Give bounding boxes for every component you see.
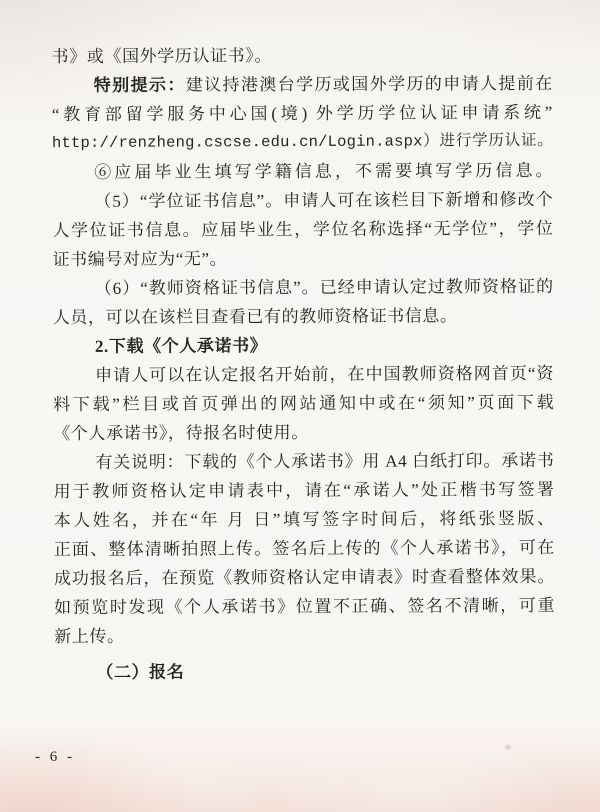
doc-line-text: （6）“教师资格证书信息”。已经申请认定过教师资格证的 bbox=[95, 277, 554, 298]
page-number: - 6 - bbox=[35, 749, 75, 766]
doc-line: 人学位证书信息。应届毕业生，学位名称选择“无学位”，学位 bbox=[52, 214, 553, 245]
doc-line-text: 新上传。 bbox=[54, 627, 124, 646]
doc-line-text: （二）报名 bbox=[96, 663, 184, 682]
doc-line-text: 申请人可以在认定报名开始前，在中国教师资格网首页“资 bbox=[95, 364, 554, 385]
doc-line-text: 正面、整体清晰拍照上传。签名后上传的《个人承诺书》，可在 bbox=[54, 538, 555, 559]
doc-line-text: 本人姓名，并在“年 月 日”填写签字时间后，将纸张竖版、 bbox=[54, 509, 555, 530]
doc-line: （5）“学位证书信息”。申请人可在该栏目下新增和修改个 bbox=[52, 185, 553, 216]
doc-line-lead: 特别提示： bbox=[94, 76, 186, 95]
doc-line-text: http://renzheng.cscse.edu.cn/Login.aspx）… bbox=[52, 132, 553, 152]
doc-section-heading: 2.下载《个人承诺书》 bbox=[53, 330, 554, 361]
doc-line: 申请人可以在认定报名开始前，在中国教师资格网首页“资 bbox=[53, 359, 554, 390]
doc-line-text: 成功报名后，在预览《教师资格认定申请表》时查看整体效果。 bbox=[54, 567, 555, 588]
doc-section-heading: （二）报名 bbox=[54, 656, 555, 687]
doc-line-text: 建议持港澳台学历或国外学历的申请人提前在 bbox=[186, 74, 553, 95]
doc-line: 正面、整体清晰拍照上传。签名后上传的《个人承诺书》，可在 bbox=[54, 533, 555, 564]
doc-line: ⑥应届毕业生填写学籍信息，不需要填写学历信息。 bbox=[52, 156, 553, 187]
doc-line-text: 用于教师资格认定申请表中，请在“承诺人”处正楷书写签署 bbox=[54, 480, 555, 501]
doc-line-text: 料下载”栏目或首页弹出的网站通知中或在“须知”页面下载 bbox=[53, 393, 554, 414]
doc-line-text: 《个人承诺书》，待报名时使用。 bbox=[53, 423, 309, 443]
doc-line: “教育部留学服务中心国(境) 外学历学位认证申请系统” bbox=[52, 98, 553, 129]
doc-line-text: 2.下载《个人承诺书》 bbox=[95, 336, 267, 356]
doc-line-url: http://renzheng.cscse.edu.cn/Login.aspx）… bbox=[52, 127, 553, 158]
doc-line: 书》或《国外学历认证书》。 bbox=[52, 40, 553, 71]
doc-line: 料下载”栏目或首页弹出的网站通知中或在“须知”页面下载 bbox=[53, 388, 554, 419]
doc-line: 成功报名后，在预览《教师资格认定申请表》时查看整体效果。 bbox=[54, 562, 555, 593]
doc-line: 《个人承诺书》，待报名时使用。 bbox=[53, 417, 554, 448]
doc-line: 新上传。 bbox=[54, 620, 555, 651]
doc-line-text: ⑥应届毕业生填写学籍信息，不需要填写学历信息。 bbox=[94, 161, 553, 182]
doc-line-text: 人学位证书信息。应届毕业生，学位名称选择“无学位”，学位 bbox=[52, 219, 553, 240]
doc-line: 本人姓名，并在“年 月 日”填写签字时间后，将纸张竖版、 bbox=[54, 504, 555, 535]
doc-line-text: 有关说明：下载的《个人承诺书》用 A4 白纸打印。承诺书 bbox=[95, 451, 554, 472]
doc-line-text: 书》或《国外学历认证书》。 bbox=[52, 46, 272, 66]
doc-line: 人员，可以在该栏目查看已有的教师资格证书信息。 bbox=[53, 301, 554, 332]
doc-line: 有关说明：下载的《个人承诺书》用 A4 白纸打印。承诺书 bbox=[53, 446, 554, 477]
doc-line-text: 证书编号对应为“无”。 bbox=[53, 249, 228, 269]
document-text-block: 书》或《国外学历认证书》。 特别提示：建议持港澳台学历或国外学历的申请人提前在 … bbox=[52, 40, 556, 687]
doc-line-text: （5）“学位证书信息”。申请人可在该栏目下新增和修改个 bbox=[94, 190, 553, 211]
doc-line: （6）“教师资格证书信息”。已经申请认定过教师资格证的 bbox=[53, 272, 554, 303]
doc-line: 证书编号对应为“无”。 bbox=[52, 243, 553, 274]
doc-line: 如预览时发现《个人承诺书》位置不正确、签名不清晰，可重 bbox=[54, 591, 555, 622]
doc-line-text: 如预览时发现《个人承诺书》位置不正确、签名不清晰，可重 bbox=[54, 596, 555, 617]
doc-line: 用于教师资格认定申请表中，请在“承诺人”处正楷书写签署 bbox=[53, 475, 554, 506]
doc-line: 特别提示：建议持港澳台学历或国外学历的申请人提前在 bbox=[52, 69, 553, 100]
doc-line-text: “教育部留学服务中心国(境) 外学历学位认证申请系统” bbox=[52, 103, 553, 124]
doc-line-text: 人员，可以在该栏目查看已有的教师资格证书信息。 bbox=[53, 306, 458, 327]
